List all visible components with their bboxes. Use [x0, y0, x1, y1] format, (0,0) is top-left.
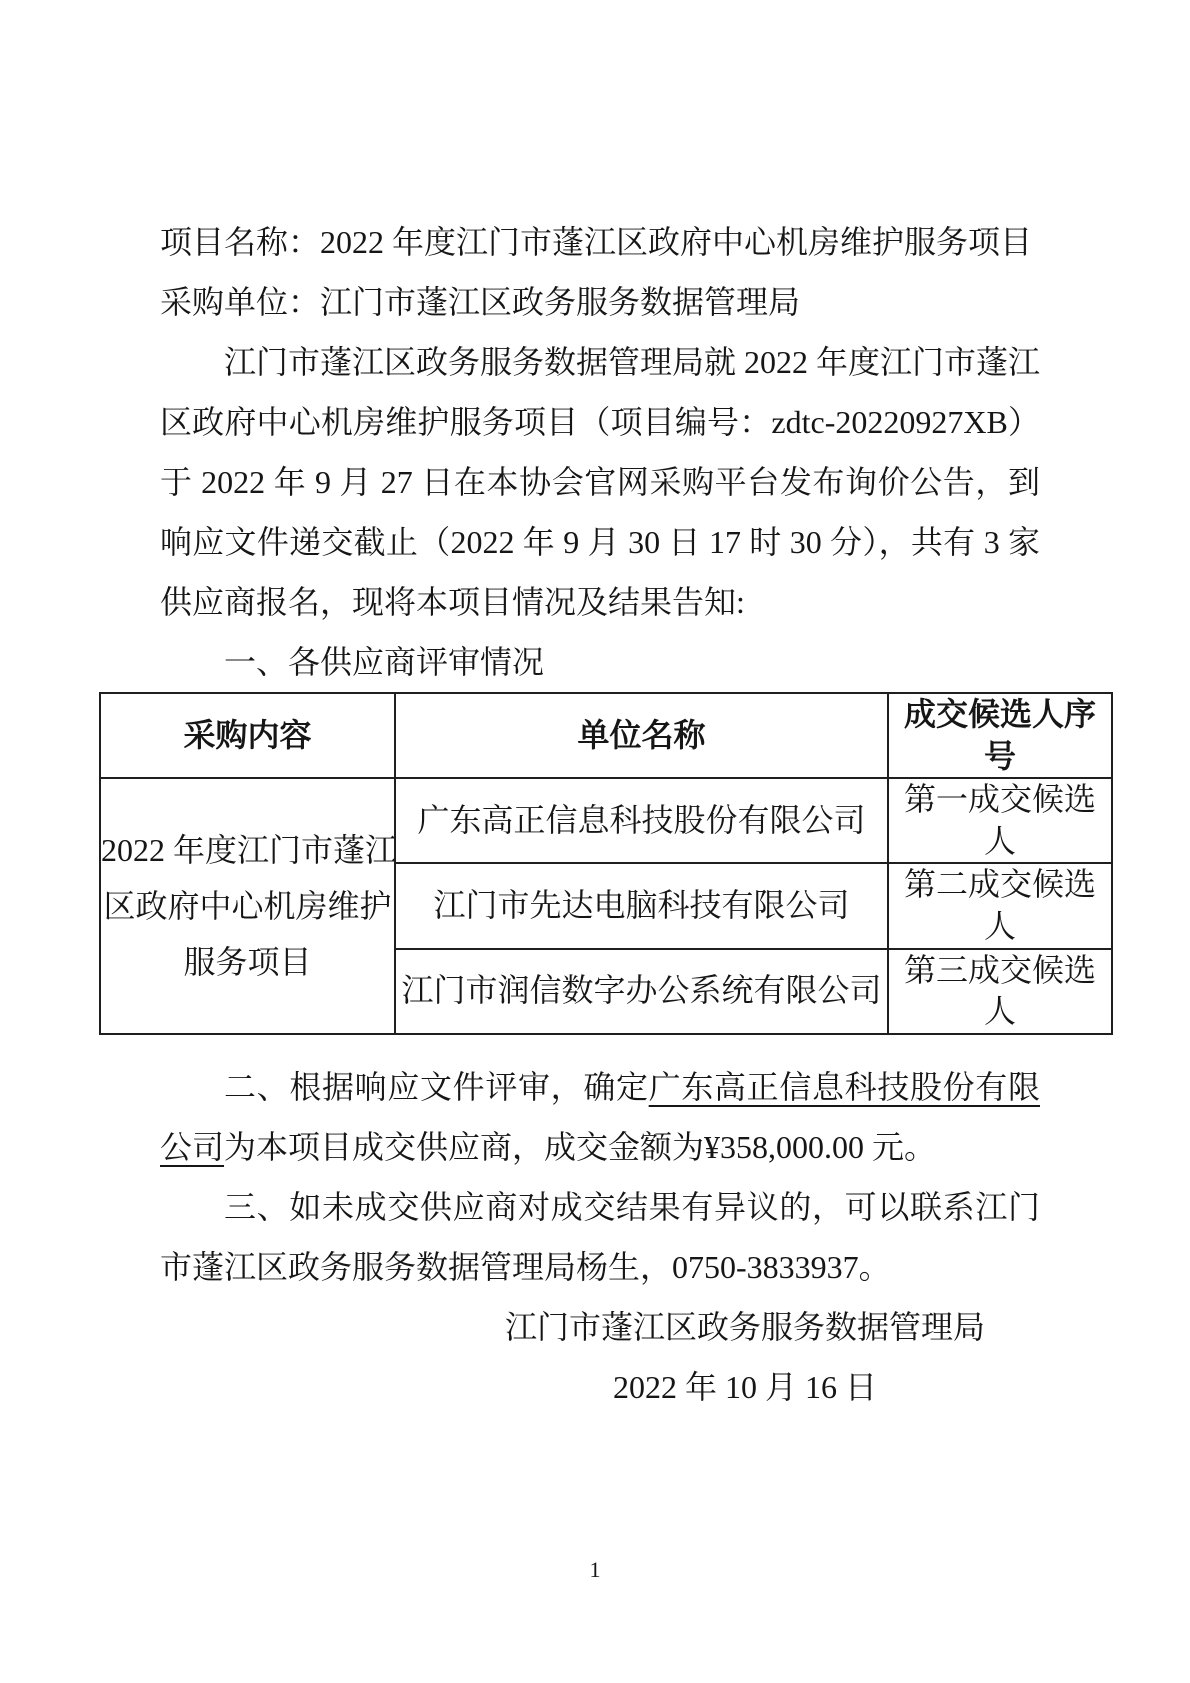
signature-block: 江门市蓬江区政务服务数据管理局 2022 年 10 月 16 日 — [305, 1297, 1185, 1417]
issue-date: 2022 年 10 月 16 日 — [305, 1357, 1185, 1417]
project-cell-line: 服务项目 — [101, 934, 394, 990]
section-2-suffix: 为本项目成交供应商，成交金额为¥358,000.00 元。 — [224, 1129, 936, 1165]
rank-cell: 第一成交候选人 — [888, 778, 1112, 863]
document-page: 项目名称：2022 年度江门市蓬江区政府中心机房维护服务项目 采购单位：江门市蓬… — [0, 0, 1190, 1683]
header-procurement-content: 采购内容 — [100, 693, 395, 778]
project-cell-line: 区政府中心机房维护 — [101, 878, 394, 934]
project-cell-line: 2022 年度江门市蓬江 — [101, 822, 394, 878]
section-2-paragraph: 二、根据响应文件评审，确定广东高正信息科技股份有限公司为本项目成交供应商，成交金… — [160, 1057, 1040, 1177]
table-row: 2022 年度江门市蓬江 区政府中心机房维护 服务项目 广东高正信息科技股份有限… — [100, 778, 1112, 863]
supplier-evaluation-table: 采购内容 单位名称 成交候选人序号 2022 年度江门市蓬江 区政府中心机房维护… — [99, 692, 1113, 1035]
purchaser-line: 采购单位：江门市蓬江区政务服务数据管理局 — [160, 272, 1040, 332]
document-content: 项目名称：2022 年度江门市蓬江区政府中心机房维护服务项目 采购单位：江门市蓬… — [160, 212, 1040, 1417]
company-cell: 广东高正信息科技股份有限公司 — [395, 778, 888, 863]
header-company-name: 单位名称 — [395, 693, 888, 778]
company-cell: 江门市先达电脑科技有限公司 — [395, 863, 888, 948]
section-3-paragraph: 三、如未成交供应商对成交结果有异议的，可以联系江门市蓬江区政务服务数据管理局杨生… — [160, 1177, 1040, 1297]
intro-paragraph: 江门市蓬江区政务服务数据管理局就 2022 年度江门市蓬江区政府中心机房维护服务… — [160, 332, 1040, 632]
issuing-authority-signature: 江门市蓬江区政务服务数据管理局 — [305, 1297, 1185, 1357]
project-merged-cell: 2022 年度江门市蓬江 区政府中心机房维护 服务项目 — [100, 778, 395, 1034]
company-cell: 江门市润信数字办公系统有限公司 — [395, 949, 888, 1034]
project-name-line: 项目名称：2022 年度江门市蓬江区政府中心机房维护服务项目 — [160, 212, 1040, 272]
rank-cell: 第二成交候选人 — [888, 863, 1112, 948]
header-candidate-rank: 成交候选人序号 — [888, 693, 1112, 778]
table-header-row: 采购内容 单位名称 成交候选人序号 — [100, 693, 1112, 778]
rank-cell: 第三成交候选人 — [888, 949, 1112, 1034]
section-1-heading: 一、各供应商评审情况 — [160, 632, 1040, 692]
page-number: 1 — [0, 1556, 1190, 1584]
section-2-prefix: 二、根据响应文件评审，确定 — [224, 1069, 649, 1105]
